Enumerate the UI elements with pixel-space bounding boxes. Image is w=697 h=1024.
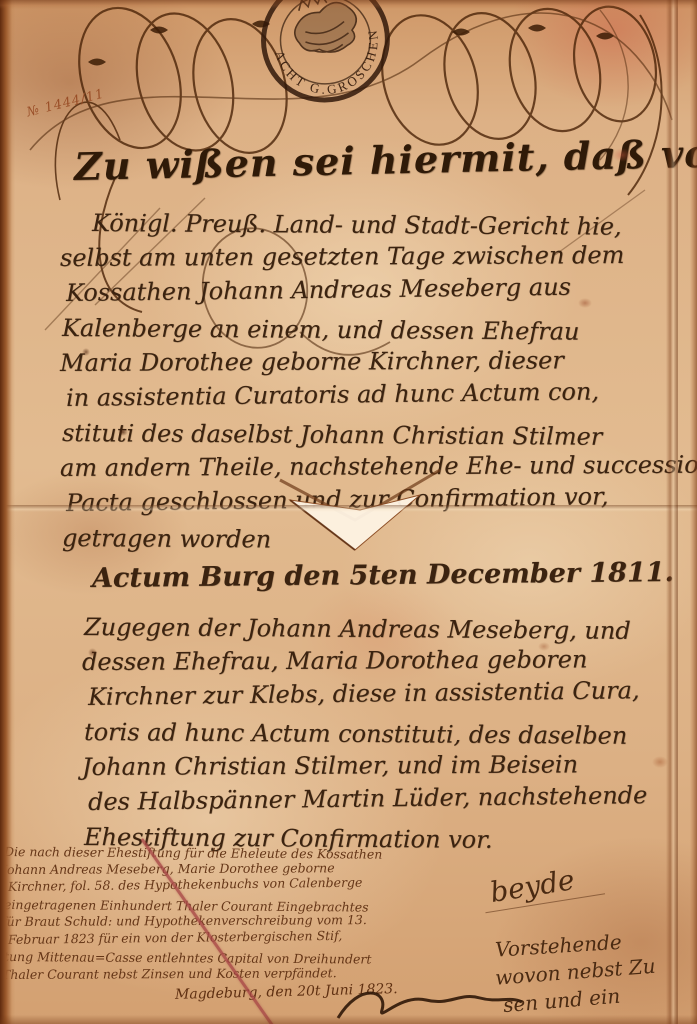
page-edge-right <box>690 0 697 1024</box>
manuscript-line: Kirchner zur Klebs, diese in assistentia… <box>88 673 648 715</box>
signature-word: beyde <box>480 859 605 913</box>
ink-stain <box>82 348 90 356</box>
manuscript-line: in assistentia Curatoris ad hunc Actum c… <box>66 373 697 416</box>
manuscript-line: des Halbspänner Martin Lüder, nachstehen… <box>88 778 648 820</box>
horizontal-fold-crease <box>0 505 697 512</box>
paper-stain <box>538 642 550 651</box>
page-edge-left <box>0 0 15 1024</box>
paper-stain <box>612 148 632 162</box>
ink-stain <box>88 648 97 657</box>
vertical-fold-crease <box>666 0 678 1024</box>
marginal-line: Thaler Courant nebst Zinsen und Kosten v… <box>2 964 380 983</box>
paper-stain <box>578 298 592 308</box>
ink-stain <box>118 428 128 436</box>
protocol-paragraph: Zugegen der Johann Andreas Meseberg, und… <box>84 610 643 855</box>
manuscript-page: ACHT G.GROSCHEN № 1444/11 Zu wißen sei h… <box>0 0 697 1024</box>
manuscript-line: Kossathen Johann Andreas Meseberg aus <box>66 268 697 311</box>
page-edge-bottom <box>0 1015 697 1024</box>
paper-stain <box>652 756 668 768</box>
page-edge-top <box>0 0 697 9</box>
marginal-line: Kirchner, fol. 58. des Hypothekenbuchs v… <box>8 873 387 895</box>
